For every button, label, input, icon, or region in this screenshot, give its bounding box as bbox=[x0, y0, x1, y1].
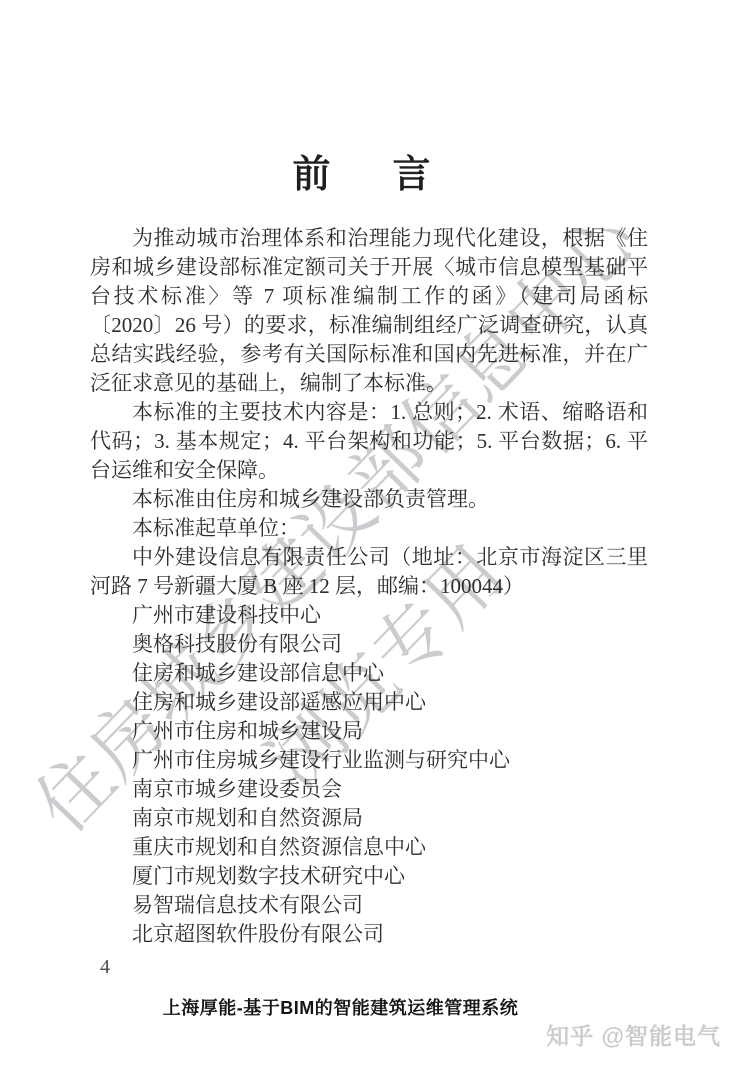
drafting-unit: 重庆市规划和自然资源信息中心 bbox=[90, 833, 648, 862]
drafting-unit: 住房和城乡建设部信息中心 bbox=[90, 659, 648, 688]
drafting-unit: 易智瑞信息技术有限公司 bbox=[90, 891, 648, 920]
drafting-unit: 南京市规划和自然资源局 bbox=[90, 804, 648, 833]
footer-system-title: 上海厚能-基于BIM的智能建筑运维管理系统 bbox=[0, 994, 708, 1020]
page-title: 前 言 bbox=[0, 143, 735, 198]
document-body: 为推动城市治理体系和治理能力现代化建设，根据《住房和城乡建设部标准定额司关于开展… bbox=[90, 224, 648, 949]
drafting-unit: 南京市城乡建设委员会 bbox=[90, 775, 648, 804]
drafting-unit: 广州市建设科技中心 bbox=[90, 601, 648, 630]
paragraph-intro: 为推动城市治理体系和治理能力现代化建设，根据《住房和城乡建设部标准定额司关于开展… bbox=[90, 224, 648, 398]
drafting-unit: 奥格科技股份有限公司 bbox=[90, 630, 648, 659]
drafting-unit: 住房和城乡建设部遥感应用中心 bbox=[90, 688, 648, 717]
drafting-unit: 广州市住房城乡建设行业监测与研究中心 bbox=[90, 746, 648, 775]
drafting-unit: 中外建设信息有限责任公司（地址：北京市海淀区三里河路 7 号新疆大厦 B 座 1… bbox=[90, 543, 648, 601]
document-page: 住房城乡建设部信息中心 浏览专用 前 言 为推动城市治理体系和治理能力现代化建设… bbox=[0, 0, 735, 1065]
zhihu-author-watermark: 知乎 @智能电气 bbox=[546, 1018, 721, 1051]
paragraph-contents: 本标准的主要技术内容是：1. 总则；2. 术语、缩略语和代码；3. 基本规定；4… bbox=[90, 398, 648, 485]
paragraph-management: 本标准由住房和城乡建设部负责管理。 bbox=[90, 485, 648, 514]
drafting-unit: 北京超图软件股份有限公司 bbox=[90, 920, 648, 949]
paragraph-drafting-units-heading: 本标准起草单位： bbox=[90, 514, 648, 543]
page-number: 4 bbox=[100, 956, 110, 979]
drafting-unit: 广州市住房和城乡建设局 bbox=[90, 717, 648, 746]
drafting-unit: 厦门市规划数字技术研究中心 bbox=[90, 862, 648, 891]
